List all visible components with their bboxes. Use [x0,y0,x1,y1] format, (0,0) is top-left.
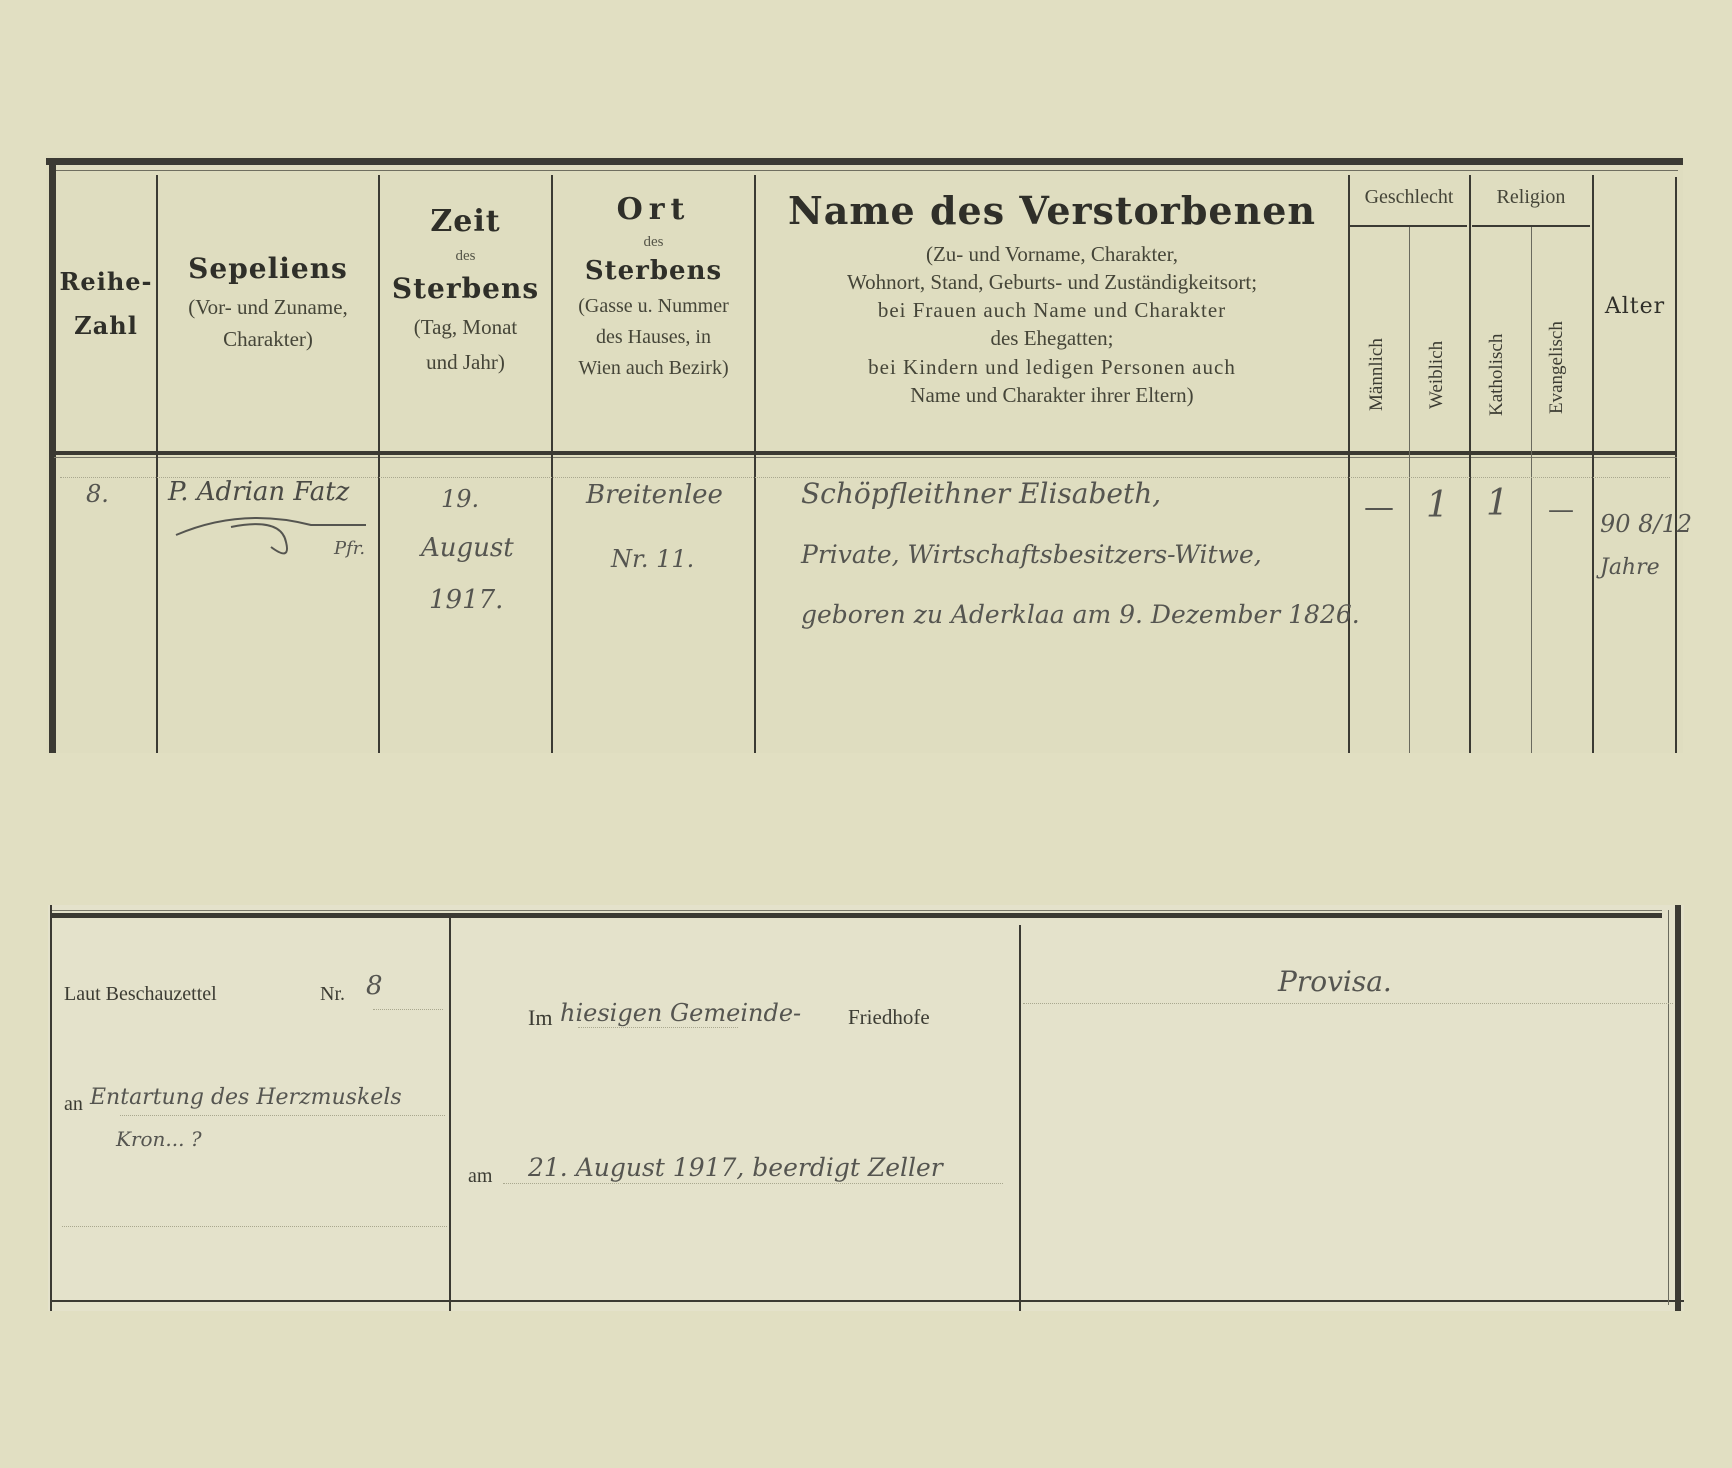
cell-name-line3: geboren zu Aderklaa am 9. Dezember 1826. [801,600,1360,629]
lower-top-rule-thin [52,910,1662,911]
header-ort-sub1: (Gasse u. Nummer [553,294,754,319]
header-bottom-rule-thin [54,457,1677,458]
cell-name-line1: Schöpfleithner Elisabeth, [801,477,1161,510]
lower-divider-1 [449,913,451,1311]
col-divider [1469,175,1471,753]
header-ort-sub2: des Hauses, in [553,325,754,350]
header-ort: Ort des Sterbens (Gasse u. Nummer des Ha… [553,191,754,381]
header-ort-des: des [553,233,754,252]
cell-alter-value: 90 8/12 [1600,510,1692,538]
lower-left-border [50,905,52,1311]
header-ort-title: Ort [553,191,754,229]
col-divider-thin [1409,227,1410,753]
lower-divider-2 [1019,925,1021,1311]
header-ort-title2: Sterbens [553,255,754,288]
header-zeit-title2: Sterbens [380,271,551,306]
cell-reihe-zahl: 8. [86,480,109,508]
header-zeit-title: Zeit [380,203,551,241]
cell-evangelisch: — [1548,495,1574,525]
header-zeit-sub2: und Jahr) [380,349,551,375]
col-divider [1348,175,1350,753]
religion-underline [1472,225,1590,227]
burial-date-prefix: am [468,1165,492,1188]
header-reihe-zahl: Reihe- Zahl [56,267,156,341]
burial-prefix: Im [528,1005,552,1031]
header-geschlecht: Geschlecht [1350,185,1468,210]
remarks-text: Provisa. [1278,965,1392,998]
header-name-sub6: Name und Charakter ihrer Eltern) [756,382,1348,408]
guide-line [62,1226,447,1227]
beschauzettel-nr-label: Nr. [320,983,345,1006]
header-name-sub1: (Zu- und Vorname, Charakter, [756,241,1348,267]
beschauzettel-nr-value: 8 [366,971,383,1001]
header-zeit: Zeit des Sterbens (Tag, Monat und Jahr) [380,203,551,375]
guide-line [503,1183,1003,1184]
cell-ort-number: Nr. 11. [611,545,694,573]
header-sepeliens-title: Sepeliens [158,251,378,286]
header-reihe-line2: Zahl [56,311,156,341]
cell-zeit-day: 19. [441,485,479,513]
cell-sepeliens: P. Adrian Fatz [168,477,349,507]
cell-sepeliens-note: Pfr. [334,538,365,559]
top-inner-rule [54,170,1678,171]
header-alter: Alter [1594,293,1676,321]
header-sepeliens-sub2: Charakter) [158,326,378,352]
cell-name-line2: Private, Wirtschaftsbesitzers-Witwe, [801,540,1262,569]
cell-katholisch: 1 [1486,483,1509,524]
header-maennlich: Männlich [1366,305,1396,445]
guide-line [120,1115,445,1116]
guide-line [1023,1003,1673,1004]
cell-zeit-year: 1917. [429,585,503,615]
cell-weiblich: 1 [1426,485,1449,526]
header-ort-sub3: Wien auch Bezirk) [553,356,754,381]
cause-line1: Entartung des Herzmuskels [90,1085,402,1110]
burial-date-hand: 21. August 1917, beerdigt Zeller [528,1153,943,1182]
col-divider [1592,175,1594,753]
header-name-title: Name des Verstorbenen [756,187,1348,235]
header-evangelisch: Evangelisch [1546,290,1576,445]
header-katholisch: Katholisch [1486,305,1516,445]
geschlecht-underline [1350,225,1467,227]
header-reihe-line1: Reihe- [56,267,156,297]
cause-line2: Kron... ? [116,1127,202,1151]
header-religion: Religion [1471,185,1591,210]
header-name-sub2: Wohnort, Stand, Geburts- und Zuständigke… [756,269,1348,295]
col-divider-thin [1531,227,1532,753]
lower-right-inner [1668,910,1669,1305]
cell-zeit-month: August [421,533,514,563]
header-bottom-rule [54,451,1677,455]
register-detail-panel: Laut Beschauzettel Nr. 8 an Entartung de… [48,905,1684,1311]
header-weiblich: Weiblich [1426,305,1456,445]
right-border [1675,177,1677,753]
cause-prefix: an [64,1093,83,1116]
cell-alter-unit: Jahre [1600,555,1660,580]
header-sepeliens: Sepeliens (Vor- und Zuname, Charakter) [158,251,378,353]
header-name-sub5: bei Kindern und ledigen Personen auch [756,354,1348,380]
lower-top-rule [52,913,1662,918]
header-zeit-des: des [380,247,551,266]
burial-place-print: Friedhofe [848,1005,930,1030]
header-name-sub4: des Ehegatten; [756,325,1348,351]
guide-line [578,1027,738,1028]
guide-line [373,1009,443,1010]
register-header-panel: Reihe- Zahl Sepeliens (Vor- und Zuname, … [46,155,1683,753]
header-sepeliens-sub1: (Vor- und Zuname, [158,294,378,320]
beschauzettel-label: Laut Beschauzettel [64,983,217,1006]
cell-ort-street: Breitenlee [586,480,723,510]
lower-bottom-rule [52,1300,1684,1302]
top-border [46,158,1683,165]
header-zeit-sub1: (Tag, Monat [380,314,551,340]
lower-right-border [1675,905,1681,1311]
cell-maennlich: — [1364,490,1394,525]
header-name: Name des Verstorbenen (Zu- und Vorname, … [756,187,1348,408]
burial-place-hand: hiesigen Gemeinde- [560,999,801,1027]
left-border [49,158,56,753]
header-name-sub3: bei Frauen auch Name und Charakter [756,297,1348,323]
